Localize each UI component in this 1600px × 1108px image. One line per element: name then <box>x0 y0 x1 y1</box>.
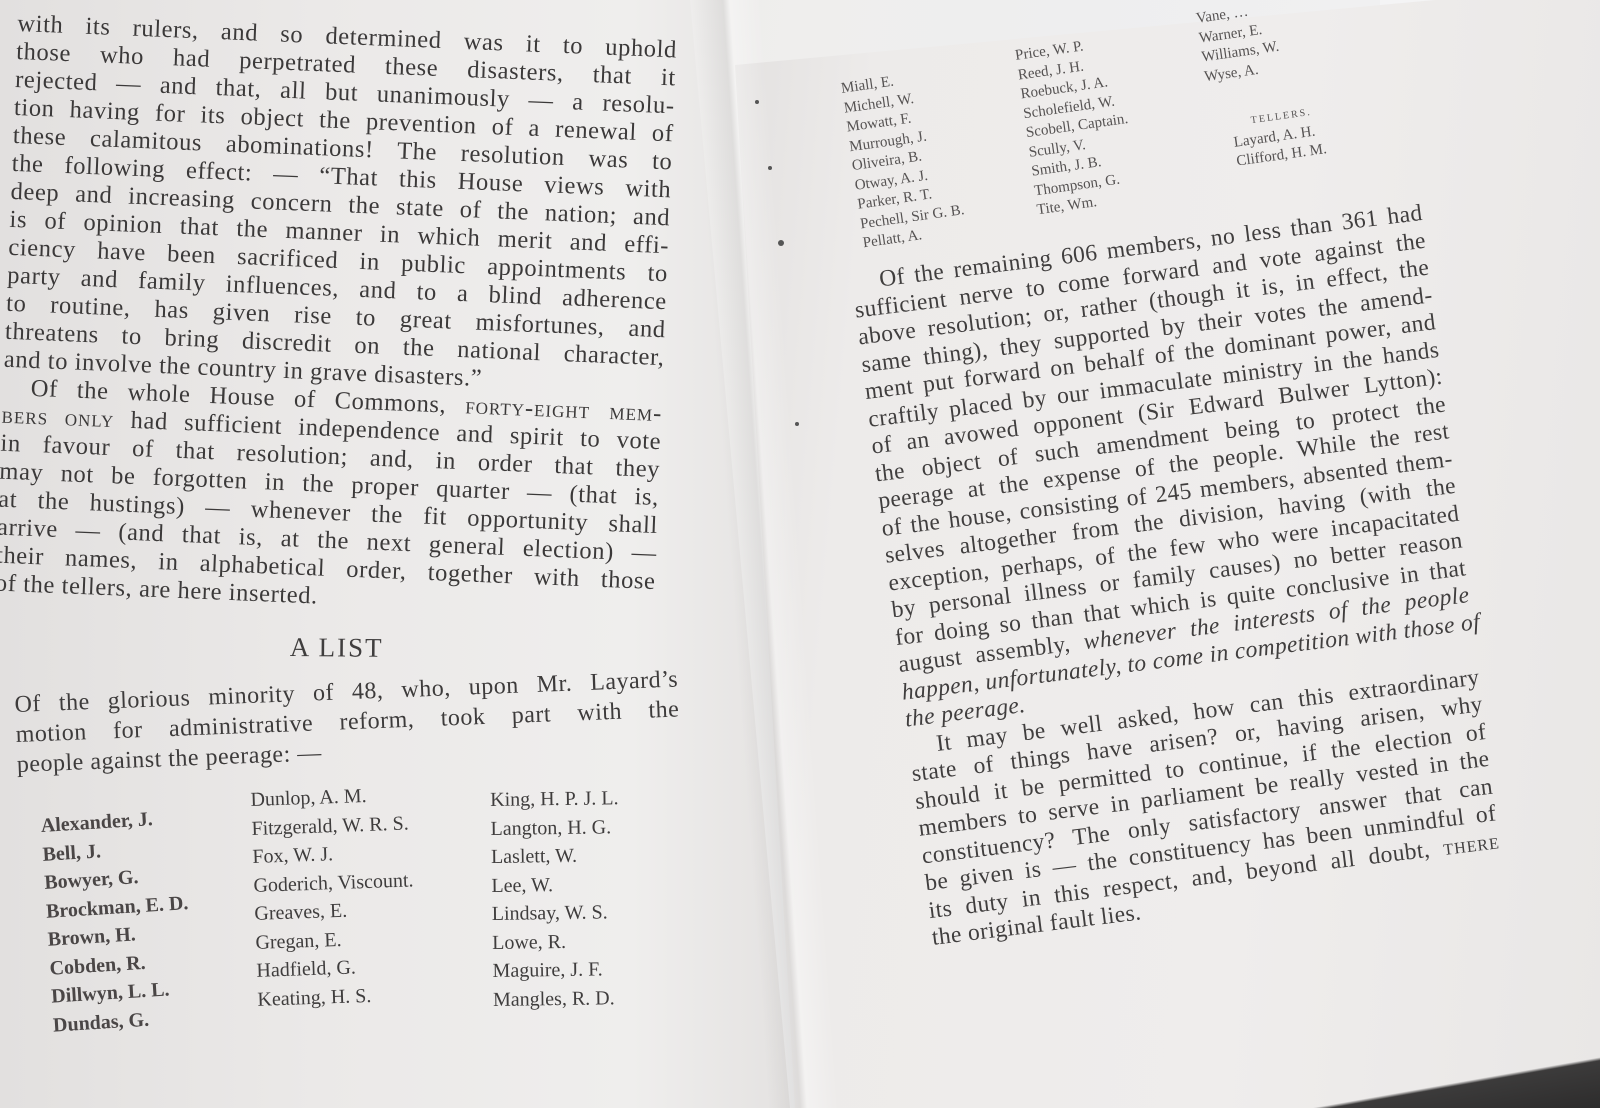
right-names-column-3: Vane, … Warner, E. Williams, W. Wyse, A.… <box>1195 0 1328 175</box>
names-column-3: King, H. P. J. L. Langton, H. G. Laslett… <box>490 784 622 1014</box>
member-name: King, H. P. J. L. <box>490 784 619 814</box>
member-name: Maguire, J. F. <box>492 955 621 985</box>
member-name: Goderich, Viscount. <box>253 866 414 900</box>
member-name: Fitzgerald, W. R. S. <box>251 809 412 843</box>
member-name: Langton, H. G. <box>490 813 619 843</box>
member-name: Lowe, R. <box>492 927 621 957</box>
names-column-2: Dunlop, A. M. Fitzgerald, W. R. S. Fox, … <box>250 780 418 1013</box>
right-page-body-text: Of the remaining 606 members, no less th… <box>850 200 1504 952</box>
left-page-body-text: with its rulers, and so determined was i… <box>0 10 677 624</box>
smallcaps-text: there <box>1442 828 1501 861</box>
member-name: Lindsay, W. S. <box>492 898 621 928</box>
member-name: Laslett, W. <box>491 841 620 871</box>
names-column-1: Alexander, J. Bell, J. Bowyer, G. Brockm… <box>40 803 196 1039</box>
member-name: Keating, H. S. <box>257 980 418 1014</box>
member-name: Lee, W. <box>491 870 620 900</box>
member-name: Mangles, R. D. <box>493 984 622 1014</box>
list-heading: A LIST <box>290 632 384 664</box>
smallcaps-text: bers only <box>1 402 115 434</box>
book-cover-edge <box>1300 1048 1600 1108</box>
